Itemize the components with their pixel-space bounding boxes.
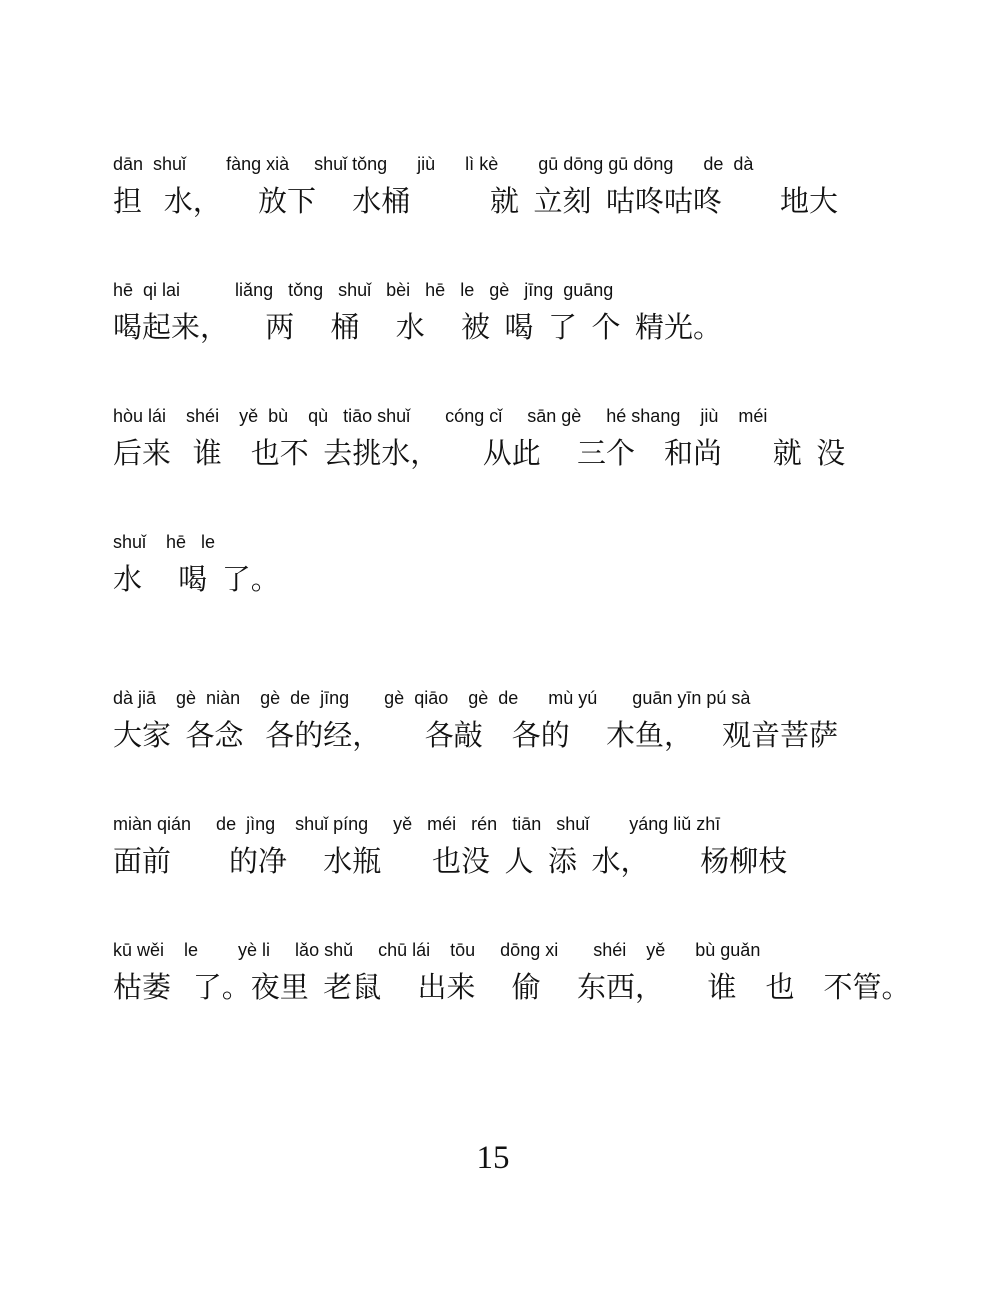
hanzi-line: 枯萎 了。夜里 老鼠 出来 偷 东西， 谁 也 不管。 [113, 966, 946, 1010]
line-group-2: hē qi lai liǎng tǒng shuǐ bèi hē le gè j… [113, 276, 946, 350]
line-group-5: dà jiā gè niàn gè de jīng gè qiāo gè de … [113, 684, 946, 758]
hanzi-line: 喝起来， 两 桶 水 被 喝 了 个 精光。 [113, 306, 946, 350]
pinyin-line: dà jiā gè niàn gè de jīng gè qiāo gè de … [113, 684, 946, 712]
text-block: dān shuǐ fàng xià shuǐ tǒng jiù lì kè gū… [113, 150, 946, 1062]
hanzi-line: 后来 谁 也不 去挑水， 从此 三个 和尚 就 没 [113, 432, 946, 476]
hanzi-line: 大家 各念 各的经， 各敲 各的 木鱼， 观音菩萨 [113, 714, 946, 758]
line-group-4: shuǐ hē le 水 喝 了。 [113, 528, 946, 602]
hanzi-line: 担 水， 放下 水桶 就 立刻 咕咚咕咚 地大 [113, 180, 946, 224]
line-group-1: dān shuǐ fàng xià shuǐ tǒng jiù lì kè gū… [113, 150, 946, 224]
pinyin-line: miàn qián de jìng shuǐ píng yě méi rén t… [113, 810, 946, 838]
pinyin-line: shuǐ hē le [113, 528, 946, 556]
document-page: dān shuǐ fàng xià shuǐ tǒng jiù lì kè gū… [0, 0, 986, 1299]
line-group-6: miàn qián de jìng shuǐ píng yě méi rén t… [113, 810, 946, 884]
hanzi-line: 水 喝 了。 [113, 558, 946, 602]
line-group-3: hòu lái shéi yě bù qù tiāo shuǐ cóng cǐ … [113, 402, 946, 476]
hanzi-line: 面前 的净 水瓶 也没 人 添 水， 杨柳枝 [113, 840, 946, 884]
pinyin-line: dān shuǐ fàng xià shuǐ tǒng jiù lì kè gū… [113, 150, 946, 178]
pinyin-line: hē qi lai liǎng tǒng shuǐ bèi hē le gè j… [113, 276, 946, 304]
pinyin-line: hòu lái shéi yě bù qù tiāo shuǐ cóng cǐ … [113, 402, 946, 430]
page-number: 15 [0, 1140, 986, 1177]
pinyin-line: kū wěi le yè li lǎo shǔ chū lái tōu dōng… [113, 936, 946, 964]
line-group-7: kū wěi le yè li lǎo shǔ chū lái tōu dōng… [113, 936, 946, 1010]
